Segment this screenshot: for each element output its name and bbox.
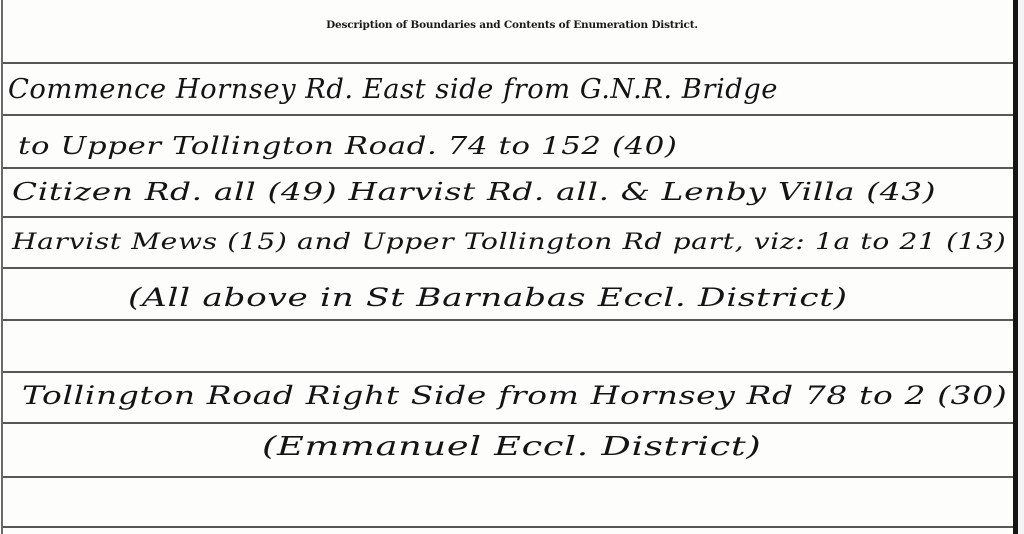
ruled-line	[3, 422, 1013, 424]
right-page-border	[1013, 0, 1018, 534]
ruled-line	[3, 526, 1013, 528]
ruled-line	[3, 371, 1013, 373]
entry-line-2: to Upper Tollington Road. 74 to 152 (40)	[18, 132, 678, 160]
entry-line-4: Harvist Mews (15) and Upper Tollington R…	[12, 230, 1006, 255]
right-margin	[1018, 0, 1024, 534]
ruled-line	[3, 476, 1013, 478]
ruled-line	[3, 216, 1013, 218]
ruled-line	[3, 319, 1013, 321]
ruled-line	[3, 114, 1013, 116]
ruled-line	[3, 267, 1013, 269]
entry-line-6: Tollington Road Right Side from Hornsey …	[22, 381, 1007, 410]
form-heading: Description of Boundaries and Contents o…	[0, 19, 1024, 31]
entry-line-5: (All above in St Barnabas Eccl. District…	[128, 283, 848, 312]
entry-line-1: Commence Hornsey Rd. East side from G.N.…	[8, 74, 778, 105]
entry-line-7: (Emmanuel Eccl. District)	[262, 432, 761, 462]
ruled-line	[3, 62, 1013, 64]
entry-line-3: Citizen Rd. all (49) Harvist Rd. all. & …	[12, 178, 936, 206]
ruled-line	[3, 167, 1013, 169]
census-page: Description of Boundaries and Contents o…	[0, 0, 1024, 534]
